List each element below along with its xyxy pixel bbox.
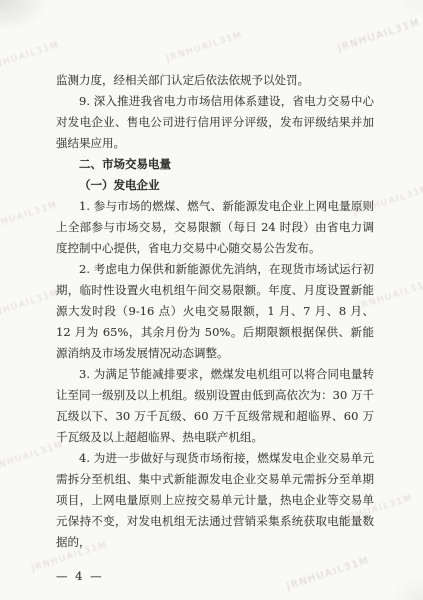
body-text: 监测力度，经相关部门认定后依法依规予以处罚。 9. 深入推进我省电力市场信用体系…: [56, 70, 374, 587]
watermark: JRNHUAIL31M: [165, 30, 244, 64]
paragraph-item-2: 2. 考虑电力保供和新能源优先消纳，在现货市场试运行初期，临时性设置火电机组午间…: [56, 259, 374, 364]
paragraph-continuation: 监测力度，经相关部门认定后依法依规予以处罚。: [56, 70, 374, 91]
page-number: — 4 —: [56, 566, 374, 587]
paragraph-item-3: 3. 为满足节能减排要求，燃煤发电机组可以将合同电量转让至同一级别及以上机组。级…: [56, 364, 374, 448]
paragraph-item-1: 1. 参与市场的燃煤、燃气、新能源发电企业上网电量原则上全部参与市场交易，交易限…: [56, 196, 374, 259]
watermark: JRNHUAIL31M: [0, 288, 61, 322]
watermark: JRNHUAIL31M: [0, 40, 61, 74]
section-heading: 二、市场交易电量: [56, 154, 374, 175]
document-page: JRNHUAIL31M JRNHUAIL31M JRNHUAIL31M JRNH…: [0, 0, 423, 600]
subsection-heading: （一）发电企业: [56, 175, 374, 196]
paragraph-item-4: 4. 为进一步做好与现货市场衔接，燃煤发电企业交易单元需拆分至机组、集中式新能源…: [56, 448, 374, 553]
watermark: JRNHUAIL31M: [0, 200, 59, 234]
watermark: JRNHUAIL31M: [336, 17, 422, 54]
paragraph-item-9: 9. 深入推进我省电力市场信用体系建设，省电力交易中心对发电企业、售电公司进行信…: [56, 91, 374, 154]
